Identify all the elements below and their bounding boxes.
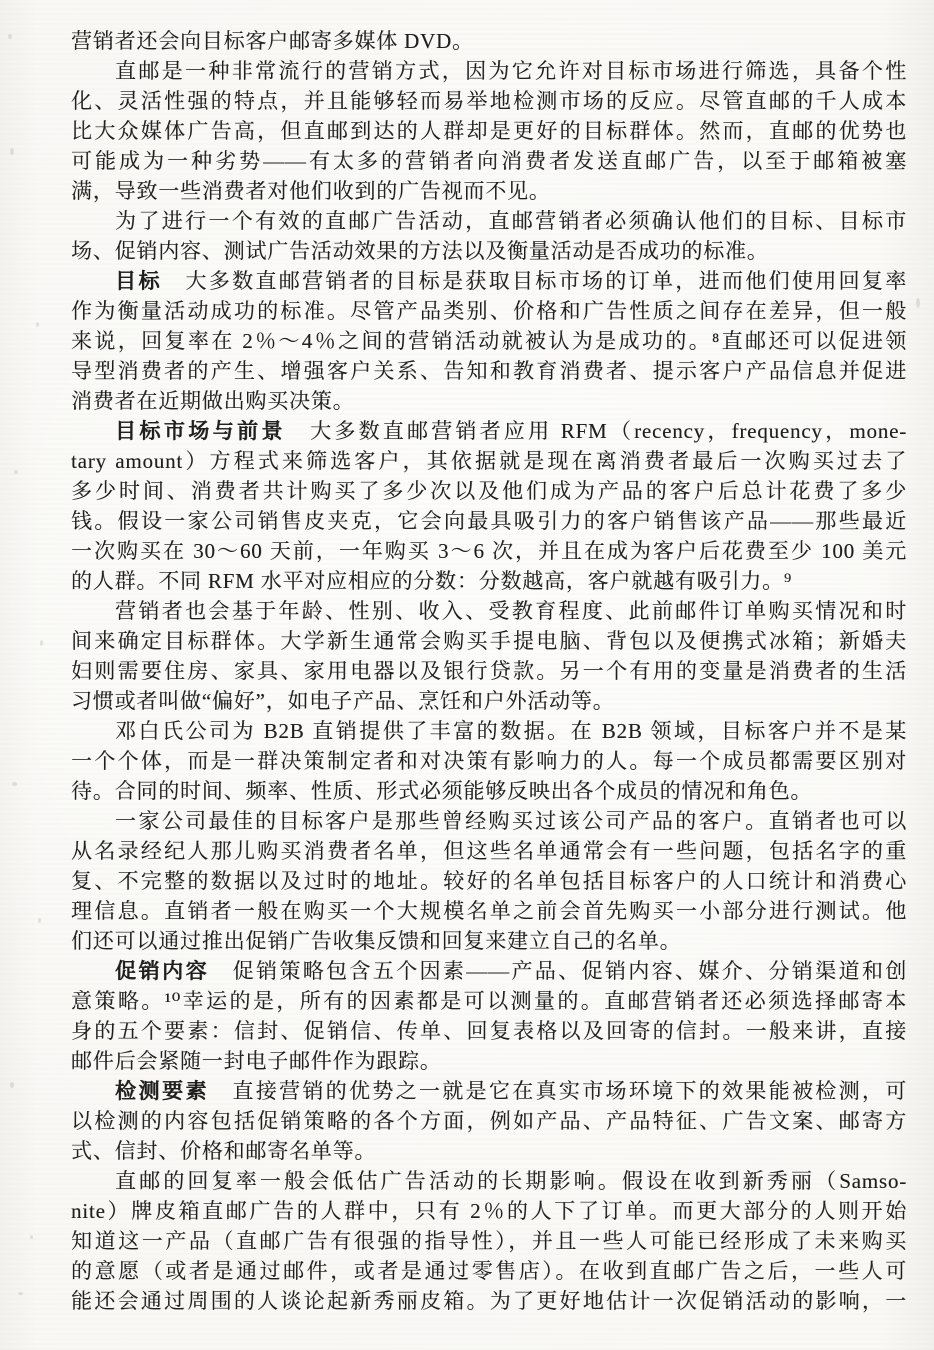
scan-speck bbox=[10, 1082, 14, 1088]
line-text: 大多数直邮营销者的目标是获取目标市场的订单，进而他们使用回复率 bbox=[162, 269, 907, 293]
text-line: 为了进行一个有效的直邮广告活动，直邮营销者必须确认他们的目标、目标市 bbox=[71, 206, 907, 236]
text-line: 间来确定目标群体。大学新生通常会购买手提电脑、背包以及便携式冰箱；新婚夫 bbox=[71, 626, 907, 656]
text-line: 的意愿（或者是通过邮件，或者是通过零售店）。在收到直邮广告之后，一些人可 bbox=[71, 1256, 907, 1286]
line-text: 的人群。不同 RFM 水平对应相应的分数：分数越高，客户就越有吸引力。⁹ bbox=[71, 569, 792, 593]
line-text: 钱。假设一家公司销售皮夹克，它会向最具吸引力的客户销售该产品——那些最近 bbox=[71, 509, 907, 533]
scan-speck bbox=[916, 298, 920, 308]
text-line: 身的五个要素：信封、促销信、传单、回复表格以及回寄的信封。一般来讲，直接 bbox=[71, 1016, 907, 1046]
line-text: 可能成为一种劣势——有太多的营销者向消费者发送直邮广告，以至于邮箱被塞 bbox=[71, 149, 907, 173]
line-text: 邮件后会紧随一封电子邮件作为跟踪。 bbox=[71, 1049, 442, 1073]
text-line: 来说，回复率在 2％～4％之间的营销活动就被认为是成功的。⁸直邮还可以促进领 bbox=[71, 326, 907, 356]
line-text: 一次购买在 30～60 天前，一年购买 3～6 次，并且在成为客户后花费至少 1… bbox=[71, 539, 907, 563]
text-line: 作为衡量活动成功的标准。尽管产品类别、价格和广告性质之间存在差异，但一般 bbox=[71, 296, 907, 326]
scan-speck bbox=[30, 1235, 33, 1239]
text-line: 营销者也会基于年龄、性别、收入、受教育程度、此前邮件订单购买情况和时 bbox=[71, 596, 907, 626]
text-line: 促销内容 促销策略包含五个因素——产品、促销内容、媒介、分销渠道和创 bbox=[71, 956, 907, 986]
scan-speck bbox=[18, 1292, 23, 1295]
scan-speck bbox=[40, 640, 43, 646]
line-text: 场、促销内容、测试广告活动效果的方法以及衡量活动是否成功的标准。 bbox=[71, 239, 769, 263]
scan-speck bbox=[38, 918, 41, 923]
text-line: 可能成为一种劣势——有太多的营销者向消费者发送直邮广告，以至于邮箱被塞 bbox=[71, 146, 907, 176]
line-text: tary amount）方程式来筛选客户，其依据就是现在离消费者最后一次购买过去… bbox=[71, 449, 907, 473]
line-text: 为了进行一个有效的直邮广告活动，直邮营销者必须确认他们的目标、目标市 bbox=[115, 209, 907, 233]
line-text: 妇则需要住房、家具、家用电器以及银行贷款。另一个有用的变量是消费者的生活 bbox=[71, 659, 907, 683]
line-text: 一家公司最佳的目标客户是那些曾经购买过该公司产品的客户。直销者也可以 bbox=[115, 809, 907, 833]
line-text: 习惯或者叫做“偏好”，如电子产品、烹饪和户外活动等。 bbox=[71, 689, 614, 713]
line-text: 多少时间、消费者共计购买了多少次以及他们成为产品的客户后总计花费了多少 bbox=[71, 479, 907, 503]
line-text: nite）牌皮箱直邮广告的人群中，只有 2％的人下了订单。而更大部分的人则开始 bbox=[71, 1199, 907, 1223]
line-text: 理信息。直销者一般在购买一个大规模名单之前会首先购买一小部分进行测试。他 bbox=[71, 899, 907, 923]
text-line: 从名录经纪人那儿购买消费者名单，但这些名单通常会有一些问题，包括名字的重 bbox=[71, 836, 907, 866]
line-text: 营销者还会向目标客户邮寄多媒体 DVD。 bbox=[71, 29, 474, 53]
text-line: tary amount）方程式来筛选客户，其依据就是现在离消费者最后一次购买过去… bbox=[71, 446, 907, 476]
text-line: 邮件后会紧随一封电子邮件作为跟踪。 bbox=[71, 1046, 907, 1076]
text-line: 邓白氏公司为 B2B 直销提供了丰富的数据。在 B2B 领域，目标客户并不是某 bbox=[71, 716, 907, 746]
text-line: 式、信封、价格和邮寄名单等。 bbox=[71, 1136, 907, 1166]
inline-heading: 目标 bbox=[115, 270, 162, 293]
line-text: 营销者也会基于年龄、性别、收入、受教育程度、此前邮件订单购买情况和时 bbox=[115, 599, 907, 623]
scan-speck bbox=[10, 148, 14, 155]
text-line: 目标 大多数直邮营销者的目标是获取目标市场的订单，进而他们使用回复率 bbox=[71, 266, 907, 296]
line-text: 能还会通过周围的人谈论起新秀丽皮箱。为了更好地估计一次促销活动的影响，一 bbox=[71, 1289, 907, 1313]
line-text: 邓白氏公司为 B2B 直销提供了丰富的数据。在 B2B 领域，目标客户并不是某 bbox=[115, 719, 907, 743]
text-line: 比大众媒体广告高，但直邮到达的人群却是更好的目标群体。然而，直邮的优势也 bbox=[71, 116, 907, 146]
text-line: 意策略。¹⁰幸运的是，所有的因素都是可以测量的。直邮营销者还必须选择邮寄本 bbox=[71, 986, 907, 1016]
text-line: 知道这一产品（直邮广告有很强的指导性），并且一些人可能已经形成了未来购买 bbox=[71, 1226, 907, 1256]
scanned-book-page: 营销者还会向目标客户邮寄多媒体 DVD。直邮是一种非常流行的营销方式，因为它允许… bbox=[0, 0, 934, 1350]
text-line: 化、灵活性强的特点，并且能够轻而易举地检测市场的反应。尽管直邮的千人成本 bbox=[71, 86, 907, 116]
line-text: 消费者在近期做出购买决策。 bbox=[71, 389, 354, 413]
text-line: 待。合同的时间、频率、性质、形式必须能够反映出各个成员的情况和角色。 bbox=[71, 776, 907, 806]
text-line: 场、促销内容、测试广告活动效果的方法以及衡量活动是否成功的标准。 bbox=[71, 236, 907, 266]
line-text: 知道这一产品（直邮广告有很强的指导性），并且一些人可能已经形成了未来购买 bbox=[71, 1229, 907, 1253]
text-line: 一家公司最佳的目标客户是那些曾经购买过该公司产品的客户。直销者也可以 bbox=[71, 806, 907, 836]
scan-speck bbox=[8, 34, 12, 39]
line-text: 待。合同的时间、频率、性质、形式必须能够反映出各个成员的情况和角色。 bbox=[71, 779, 812, 803]
text-line: 一次购买在 30～60 天前，一年购买 3～6 次，并且在成为客户后花费至少 1… bbox=[71, 536, 907, 566]
text-line: 理信息。直销者一般在购买一个大规模名单之前会首先购买一小部分进行测试。他 bbox=[71, 896, 907, 926]
line-text: 导型消费者的产生、增强客户关系、告知和教育消费者、提示客户产品信息并促进 bbox=[71, 359, 907, 383]
text-line: 导型消费者的产生、增强客户关系、告知和教育消费者、提示客户产品信息并促进 bbox=[71, 356, 907, 386]
text-line: 满，导致一些消费者对他们收到的广告视而不见。 bbox=[71, 176, 907, 206]
line-text: 的意愿（或者是通过邮件，或者是通过零售店）。在收到直邮广告之后，一些人可 bbox=[71, 1259, 907, 1283]
line-text: 式、信封、价格和邮寄名单等。 bbox=[71, 1139, 376, 1163]
line-text: 身的五个要素：信封、促销信、传单、回复表格以及回寄的信封。一般来讲，直接 bbox=[71, 1019, 907, 1043]
line-text: 比大众媒体广告高，但直邮到达的人群却是更好的目标群体。然而，直邮的优势也 bbox=[71, 119, 907, 143]
scan-speck bbox=[12, 782, 17, 786]
text-line: 习惯或者叫做“偏好”，如电子产品、烹饪和户外活动等。 bbox=[71, 686, 907, 716]
inline-heading: 检测要素 bbox=[115, 1080, 209, 1103]
text-line: 检测要素 直接营销的优势之一就是它在真实市场环境下的效果能被检测，可 bbox=[71, 1076, 907, 1106]
inline-heading: 目标市场与前景 bbox=[115, 420, 286, 443]
line-text: 意策略。¹⁰幸运的是，所有的因素都是可以测量的。直邮营销者还必须选择邮寄本 bbox=[71, 989, 907, 1013]
text-line: nite）牌皮箱直邮广告的人群中，只有 2％的人下了订单。而更大部分的人则开始 bbox=[71, 1196, 907, 1226]
scan-speck bbox=[36, 322, 39, 327]
line-text: 一个个体，而是一群决策制定者和对决策有影响力的人。每一个成员都需要区别对 bbox=[71, 749, 907, 773]
text-line: 直邮的回复率一般会低估广告活动的长期影响。假设在收到新秀丽（Samso- bbox=[71, 1166, 907, 1196]
text-line: 多少时间、消费者共计购买了多少次以及他们成为产品的客户后总计花费了多少 bbox=[71, 476, 907, 506]
line-text: 间来确定目标群体。大学新生通常会购买手提电脑、背包以及便携式冰箱；新婚夫 bbox=[71, 629, 907, 653]
line-text: 直邮的回复率一般会低估广告活动的长期影响。假设在收到新秀丽（Samso- bbox=[115, 1169, 907, 1193]
line-text: 大多数直邮营销者应用 RFM（recency，frequency，mone- bbox=[286, 419, 907, 443]
text-line: 复、不完整的数据以及过时的地址。较好的名单包括目标客户的人口统计和消费心 bbox=[71, 866, 907, 896]
line-text: 复、不完整的数据以及过时的地址。较好的名单包括目标客户的人口统计和消费心 bbox=[71, 869, 907, 893]
text-line: 营销者还会向目标客户邮寄多媒体 DVD。 bbox=[71, 26, 907, 56]
text-line: 妇则需要住房、家具、家用电器以及银行贷款。另一个有用的变量是消费者的生活 bbox=[71, 656, 907, 686]
line-text: 们还可以通过推出促销广告收集反馈和回复来建立自己的名单。 bbox=[71, 929, 681, 953]
line-text: 直邮是一种非常流行的营销方式，因为它允许对目标市场进行筛选，具备个性 bbox=[115, 59, 907, 83]
line-text: 来说，回复率在 2％～4％之间的营销活动就被认为是成功的。⁸直邮还可以促进领 bbox=[71, 329, 907, 353]
line-text: 满，导致一些消费者对他们收到的广告视而不见。 bbox=[71, 179, 551, 203]
page-text-block: 营销者还会向目标客户邮寄多媒体 DVD。直邮是一种非常流行的营销方式，因为它允许… bbox=[71, 26, 907, 1316]
text-line: 直邮是一种非常流行的营销方式，因为它允许对目标市场进行筛选，具备个性 bbox=[71, 56, 907, 86]
text-line: 能还会通过周围的人谈论起新秀丽皮箱。为了更好地估计一次促销活动的影响，一 bbox=[71, 1286, 907, 1316]
text-line: 一个个体，而是一群决策制定者和对决策有影响力的人。每一个成员都需要区别对 bbox=[71, 746, 907, 776]
text-line: 以检测的内容包括促销策略的各个方面，例如产品、产品特征、广告文案、邮寄方 bbox=[71, 1106, 907, 1136]
text-line: 钱。假设一家公司销售皮夹克，它会向最具吸引力的客户销售该产品——那些最近 bbox=[71, 506, 907, 536]
text-line: 们还可以通过推出促销广告收集反馈和回复来建立自己的名单。 bbox=[71, 926, 907, 956]
scan-speck bbox=[14, 470, 18, 474]
line-text: 作为衡量活动成功的标准。尽管产品类别、价格和广告性质之间存在差异，但一般 bbox=[71, 299, 907, 323]
line-text: 直接营销的优势之一就是它在真实市场环境下的效果能被检测，可 bbox=[209, 1079, 907, 1103]
inline-heading: 促销内容 bbox=[115, 960, 209, 983]
text-line: 消费者在近期做出购买决策。 bbox=[71, 386, 907, 416]
line-text: 从名录经纪人那儿购买消费者名单，但这些名单通常会有一些问题，包括名字的重 bbox=[71, 839, 907, 863]
line-text: 以检测的内容包括促销策略的各个方面，例如产品、产品特征、广告文案、邮寄方 bbox=[71, 1109, 907, 1133]
text-line: 目标市场与前景 大多数直邮营销者应用 RFM（recency，frequency… bbox=[71, 416, 907, 446]
line-text: 化、灵活性强的特点，并且能够轻而易举地检测市场的反应。尽管直邮的千人成本 bbox=[71, 89, 907, 113]
line-text: 促销策略包含五个因素——产品、促销内容、媒介、分销渠道和创 bbox=[209, 959, 907, 983]
text-line: 的人群。不同 RFM 水平对应相应的分数：分数越高，客户就越有吸引力。⁹ bbox=[71, 566, 907, 596]
